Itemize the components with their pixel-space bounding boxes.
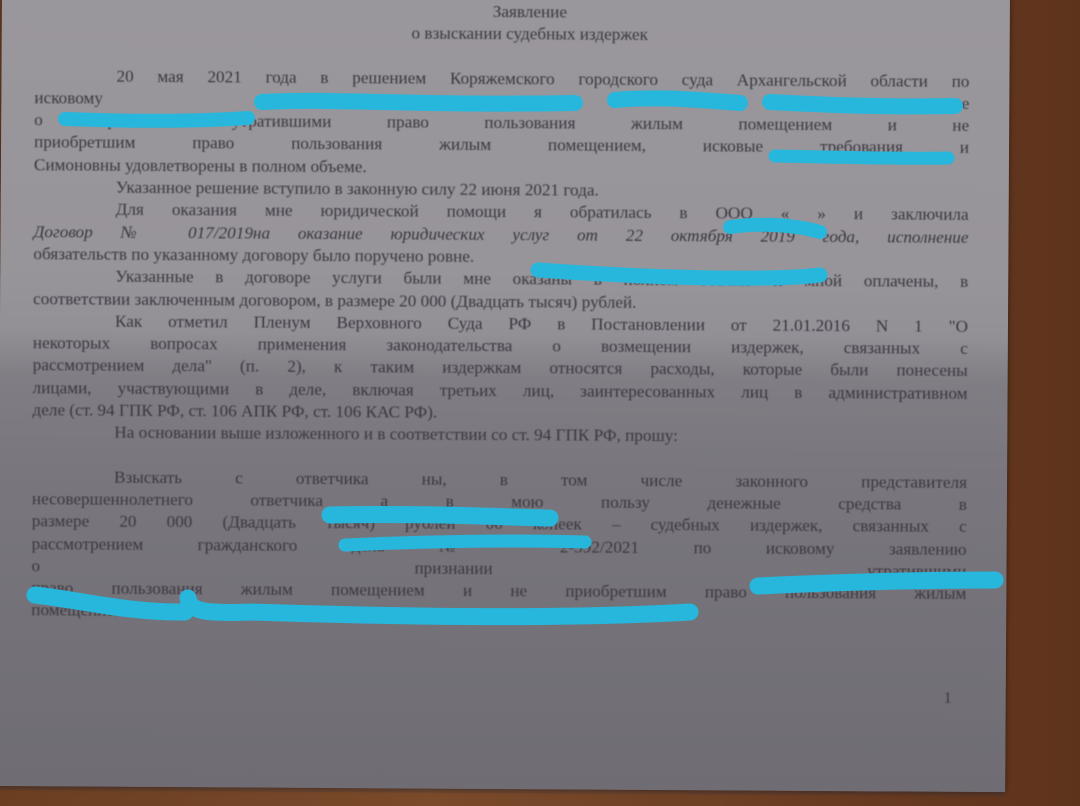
paragraph-contract: Для оказания мне юридической помощи я об… [33, 199, 968, 272]
paper-sheet: Заявление о взыскании судебных издержек … [0, 0, 1010, 792]
page-number: 1 [944, 690, 952, 708]
document-subtitle: о взыскании судебных издержек [90, 21, 970, 49]
paragraph-plenum: Как отметил Пленум Верховного Суда РФ в … [32, 310, 968, 427]
paragraph-decision: 20 мая 2021 года в решением Коряжемского… [34, 65, 970, 182]
document-body: Заявление о взыскании судебных издержек … [31, 0, 970, 628]
paragraph-request: Взыскать с ответчика ны, в том числе зак… [31, 466, 967, 628]
paragraph-payment: Указанные в договоре услуги были мне ока… [33, 265, 968, 315]
